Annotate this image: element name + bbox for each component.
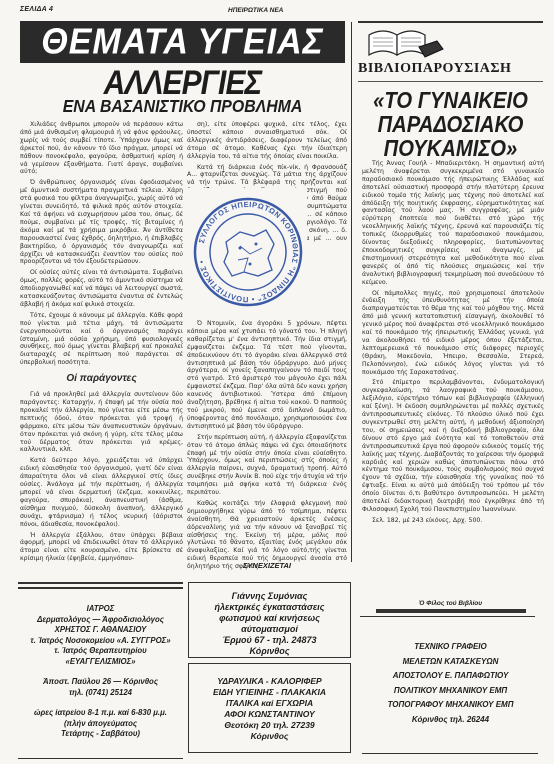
ad-phone: Θεοτόκη 20 τηλ. 27239 [189,720,350,731]
section-banner-health: ΘΕΜΑΤΑ ΥΓΕΙΑΣ [20,21,345,63]
ad-top-rule [18,582,183,584]
ad-doctor: ΙΑΤΡΟΣ Δερματολόγος — Άφροδισιολόγος ΧΡΗ… [18,587,183,759]
ad-hours: ώρες ίατρείου 8-1 π.μ. καί 6-830 μ.μ. [18,708,183,719]
column-divider [351,22,352,562]
ad-phone: Έρμού 67 - τηλ. 24873 [189,635,350,646]
section-subtitle: Οί παράγοντες [20,375,183,383]
newspaper-name: ΗΠΕΙΡΩΤΙΚΑ ΝΕΑ [228,7,283,14]
ad-phone: Κόρινθος τηλ. 26244 [358,713,543,728]
book-headline: «ΤΟ ΓΥΝΑΙΚΕΙΟ ΠΑΡΑΔΟΣΙΑΚΟ ΠΟΥΚΑΜΙΣΟ» [369,88,532,160]
paragraph: Τότε, έχουμε ά κάνουμε μέ άλλεργία. Κάθε… [20,312,183,367]
open-book-icon [365,25,445,66]
ad-bottom-rule [362,753,538,754]
paragraph: Στήν περίπτωση αύτή, ή άλλεργία έξαφανίζ… [187,434,347,497]
ad-engineering-office: ΤΕΧΝΙΚΟ ΓΡΑΦΕΙΟ ΜΕΛΕΤΩΝ ΚΑΤΑΣΚΕΥΩΝ ΑΠΟΣΤ… [358,636,543,746]
association-seal-icon: ΣΥΛΛΟΓΟΣ ΗΠΕΙΡΩΤΩΝ ΚΟΡΙΝΘΙΑΣ "Η ΠΙΝΔΟΣ" … [192,196,304,308]
section-title-book-review: ΒΙΒΛΙΟΠΑΡΟΥΣΙΑΣΗ [358,61,543,77]
svg-text:ΣΥΛΛΟΓΟΣ ΗΠΕΙΡΩΤΩΝ ΚΟΡΙΝΘΙΑΣ ": ΣΥΛΛΟΓΟΣ ΗΠΕΙΡΩΤΩΝ ΚΟΡΙΝΘΙΑΣ "Η ΠΙΝΔΟΣ" … [197,200,300,304]
continued-label: ΣΥΝΕΧΙΖΕΤΑΙ [187,561,347,570]
paragraph: Ό άνθρώπινος όργανισμός είναι έφοδιασμέν… [20,179,183,266]
ad-electrician: Γιάννης Συμόνιας ήλεκτρικές έγκαταστάσει… [188,582,351,658]
ad-address: Άποστ. Παύλου 26 — Κόρινθος [18,677,183,688]
paragraph: Οί πάμπολλες πηγές, πού χρησιμοποιεί άπο… [362,290,544,377]
paragraph: Χιλιάδες άνθρωποι μπορούν νά περάσουν κά… [20,121,183,176]
book-review-text: Τής Άννας Γουήλ - Μπαδιεριτάκη. Ή σημαντ… [362,160,544,528]
bottom-rule [360,616,535,617]
book-details: Σελ. 182, μέ 243 είκόνες, Δρχ. 500. [362,517,544,525]
paragraph: Γιά νά προκληθεί μιά άλλεργία συντείνουν… [20,391,183,454]
article-subheadline: ΕΝΑ ΒΑΣΑΝΙΣΤΙΚΟ ΠΡΟΒΛΗΜΑ [40,96,326,117]
article-column-b-bottom: Ό Ντομινίκ, ένα άγοράκι 5 χρόνων, πέφτει… [187,320,347,574]
paragraph: Ό Ντομινίκ, ένα άγοράκι 5 χρόνων, πέφτει… [187,320,347,431]
paragraph: ση), είτε ύποφέρει ψυχικά, είτε τέλος, έ… [187,121,347,161]
article-column-a: Χιλιάδες άνθρωποι μπορούν νά περάσουν κά… [20,121,183,566]
paragraph: Οί ούσίες αύτές είναι τά άντισώματα. Συμ… [20,269,183,309]
paragraph: Κατά δεύτερο λόγο, χρειάζεται νά ύπάρχει… [20,457,183,528]
paragraph: Στό έπίμετρο περιλαμβάνονται, ένδυματολο… [362,379,544,513]
page-number-label: ΣΕΛΙΔΑ 4 [20,6,53,13]
paragraph: Ή άλλεργία έξάλλου, όταν ύπάρχει βέβαια … [20,532,183,564]
top-rule [358,21,543,23]
title-rule [358,81,543,82]
paragraph: Τής Άννας Γουήλ - Μπαδιεριτάκη. Ή σημαντ… [362,160,544,287]
ad-plumbing: ΥΔΡΑΥΛΙΚΑ - ΚΑΛΟΡΙΦΕΡ ΕΙΔΗ ΥΓΙΕΙΝΗΣ - ΠΛ… [188,663,351,753]
review-signature: Ό Φίλος τού Βιβλίου [358,600,543,607]
ad-phone: τηλ. (0741) 25124 [18,688,183,699]
decorative-bar [376,609,526,613]
